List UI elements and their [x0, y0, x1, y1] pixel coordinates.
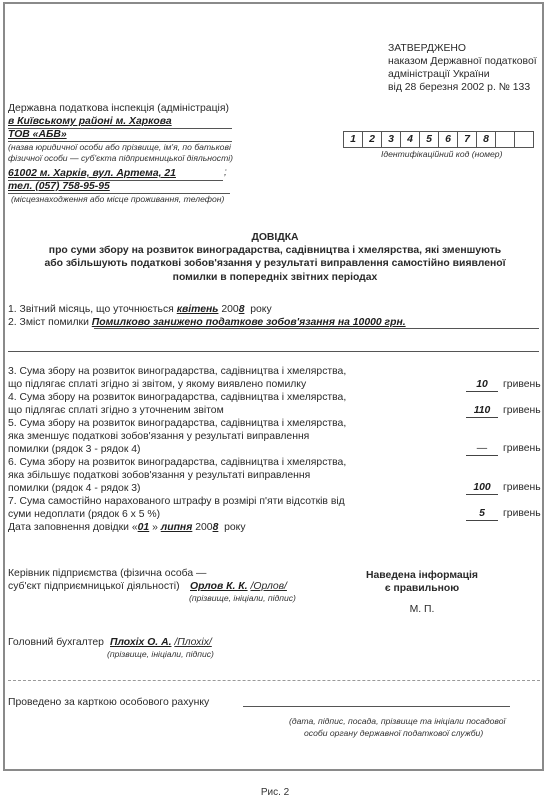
id-code-digit: 2: [362, 131, 382, 148]
document-title: ДОВІДКА про суми збору на розвиток виног…: [0, 231, 550, 284]
sum-item-4-value[interactable]: 110: [466, 405, 498, 418]
currency-label: гривень: [503, 443, 541, 455]
figure-caption: Рис. 2: [0, 787, 550, 798]
currency-label: гривень: [503, 508, 541, 520]
address-value[interactable]: 61002 м. Харків, вул. Артема, 21: [8, 167, 176, 180]
item-2-value[interactable]: Помилково занижено податкове зобов'язанн…: [92, 317, 406, 328]
item-2-label: 2. Зміст помилки: [8, 317, 89, 328]
tax-office-hint: (дата, підпис, посада, прізвище та ініці…: [289, 715, 505, 727]
item-1-label: 1. Звітний місяць, що уточнюється: [8, 304, 174, 315]
id-code-digit: 1: [343, 131, 363, 148]
item-1-row: 1. Звітний місяць, що уточнюється квітен…: [8, 303, 272, 316]
sum-item-label: яка зменшує податкові зобов'язання у рез…: [8, 430, 346, 443]
sum-item-label: 4. Сума збору на розвиток виноградарства…: [8, 391, 346, 404]
item-2-underline: [94, 328, 539, 329]
title-heading: ДОВІДКА: [0, 231, 550, 244]
taxpayer-name[interactable]: ТОВ «АБВ»: [8, 128, 67, 141]
sum-item-label: помилки (рядок 3 - рядок 4): [8, 443, 346, 456]
sum-item-label: яка збільшує податкові зобов'язання у ре…: [8, 469, 346, 482]
id-code-caption: Ідентифікаційний код (номер): [381, 149, 502, 159]
currency-label: гривень: [503, 405, 541, 417]
id-code-digit: [514, 131, 534, 148]
sum-item-3-value[interactable]: 10: [466, 379, 498, 392]
approval-line: адміністрації України: [388, 68, 537, 81]
sum-item-label: що підлягає сплаті згідно з уточненим зв…: [8, 404, 346, 417]
authority-value[interactable]: в Київському районі м. Харкова: [8, 115, 172, 128]
id-code-digit: 5: [419, 131, 439, 148]
item-1-year-prefix: 200: [221, 304, 238, 315]
id-code-digit: [495, 131, 515, 148]
cut-line: [8, 680, 540, 681]
authority-label: Державна податкова інспекція (адміністра…: [8, 102, 229, 115]
address-separator: ;: [224, 167, 227, 178]
id-code-boxes[interactable]: 1 2 3 4 5 6 7 8: [344, 131, 534, 148]
fill-date-month[interactable]: липня: [161, 522, 193, 533]
fill-date-label: Дата заповнення довідки: [8, 522, 129, 533]
sum-item-7: 7. Сума самостійно нарахованого штрафу в…: [8, 495, 345, 521]
accountant-signature-field[interactable]: Плохіх О. А. /Плохіх/: [110, 636, 212, 649]
location-hint: (місцезнаходження або місце проживання, …: [11, 194, 224, 205]
sum-item-7-value[interactable]: 5: [466, 508, 498, 521]
title-line: про суми збору на розвиток виноградарств…: [0, 244, 550, 257]
accountant-signature: /Плохіх/: [174, 637, 211, 648]
approval-line: наказом Державної податкової: [388, 55, 537, 68]
currency-label: гривень: [503, 379, 541, 391]
approval-block: ЗАТВЕРДЖЕНО наказом Державної податкової…: [388, 42, 537, 94]
tax-office-label: Проведено за карткою особового рахунку: [8, 696, 209, 709]
sum-item-label: 7. Сума самостійно нарахованого штрафу в…: [8, 495, 345, 508]
sum-item-6-value[interactable]: 100: [466, 482, 498, 495]
tax-office-hint: особи органу державної податкової служби…: [304, 727, 483, 739]
sum-item-6: 6. Сума збору на розвиток виноградарства…: [8, 456, 346, 495]
director-name: Орлов К. К.: [190, 581, 248, 592]
director-label: Керівник підприємства (фізична особа —: [8, 567, 206, 580]
director-label: суб'єкт підприємницької діяльності): [8, 580, 180, 593]
currency-label: гривень: [503, 482, 541, 494]
id-code-digit: 8: [476, 131, 496, 148]
id-code-digit: 4: [400, 131, 420, 148]
sum-item-label: помилки (рядок 4 - рядок 3): [8, 482, 346, 495]
approval-heading: ЗАТВЕРДЖЕНО: [388, 42, 537, 55]
sum-item-3: 3. Сума збору на розвиток виноградарства…: [8, 365, 346, 391]
title-line: помилки в попередніх звітних періодах: [0, 271, 550, 284]
item-1-suffix: року: [250, 304, 271, 315]
approval-line: від 28 березня 2002 р. № 133: [388, 81, 537, 94]
sum-item-label: що підлягає сплаті згідно зі звітом, у я…: [8, 378, 346, 391]
stamp-place: М. П.: [347, 604, 497, 615]
sum-item-label: 3. Сума збору на розвиток виноградарства…: [8, 365, 346, 378]
sum-item-5: 5. Сума збору на розвиток виноградарства…: [8, 417, 346, 456]
confirmation-line: є правильною: [347, 582, 497, 595]
item-1-month[interactable]: квітень: [177, 304, 219, 315]
phone-value[interactable]: тел. (057) 758-95-95: [8, 180, 110, 193]
taxpayer-hint: фізичної особи — суб'єкта підприємницько…: [8, 153, 233, 164]
sum-item-5-value[interactable]: —: [466, 443, 498, 456]
fill-date-row: Дата заповнення довідки «01 » липня 2008…: [8, 521, 246, 534]
item-2-underline-extra: [8, 351, 539, 352]
fill-date-suffix: року: [224, 522, 245, 533]
confirmation-text: Наведена інформація є правильною: [347, 569, 497, 595]
tax-office-signature-line[interactable]: [243, 706, 510, 707]
accountant-label: Головний бухгалтер: [8, 636, 104, 649]
sum-item-label: 6. Сума збору на розвиток виноградарства…: [8, 456, 346, 469]
fill-date-year-digit[interactable]: 8: [213, 522, 219, 533]
accountant-name: Плохіх О. А.: [110, 637, 171, 648]
accountant-hint: (прізвище, ініціали, підпис): [107, 649, 214, 659]
item-1-year-digit[interactable]: 8: [239, 304, 245, 315]
director-hint: (прізвище, ініціали, підпис): [189, 593, 296, 603]
confirmation-line: Наведена інформація: [347, 569, 497, 582]
id-code-digit: 3: [381, 131, 401, 148]
quote: »: [152, 522, 158, 533]
director-signature-field[interactable]: Орлов К. К. /Орлов/: [190, 580, 287, 593]
taxpayer-hint: (назва юридичної особи або прізвище, ім'…: [8, 142, 231, 153]
fill-date-year-prefix: 200: [195, 522, 212, 533]
sum-item-label: суми недоплати (рядок 6 х 5 %): [8, 508, 345, 521]
fill-date-day[interactable]: 01: [138, 522, 150, 533]
sum-item-4: 4. Сума збору на розвиток виноградарства…: [8, 391, 346, 417]
sum-item-label: 5. Сума збору на розвиток виноградарства…: [8, 417, 346, 430]
director-signature: /Орлов/: [250, 581, 286, 592]
title-line: або збільшують податкові зобов'язання у …: [0, 257, 550, 270]
id-code-digit: 7: [457, 131, 477, 148]
id-code-digit: 6: [438, 131, 458, 148]
